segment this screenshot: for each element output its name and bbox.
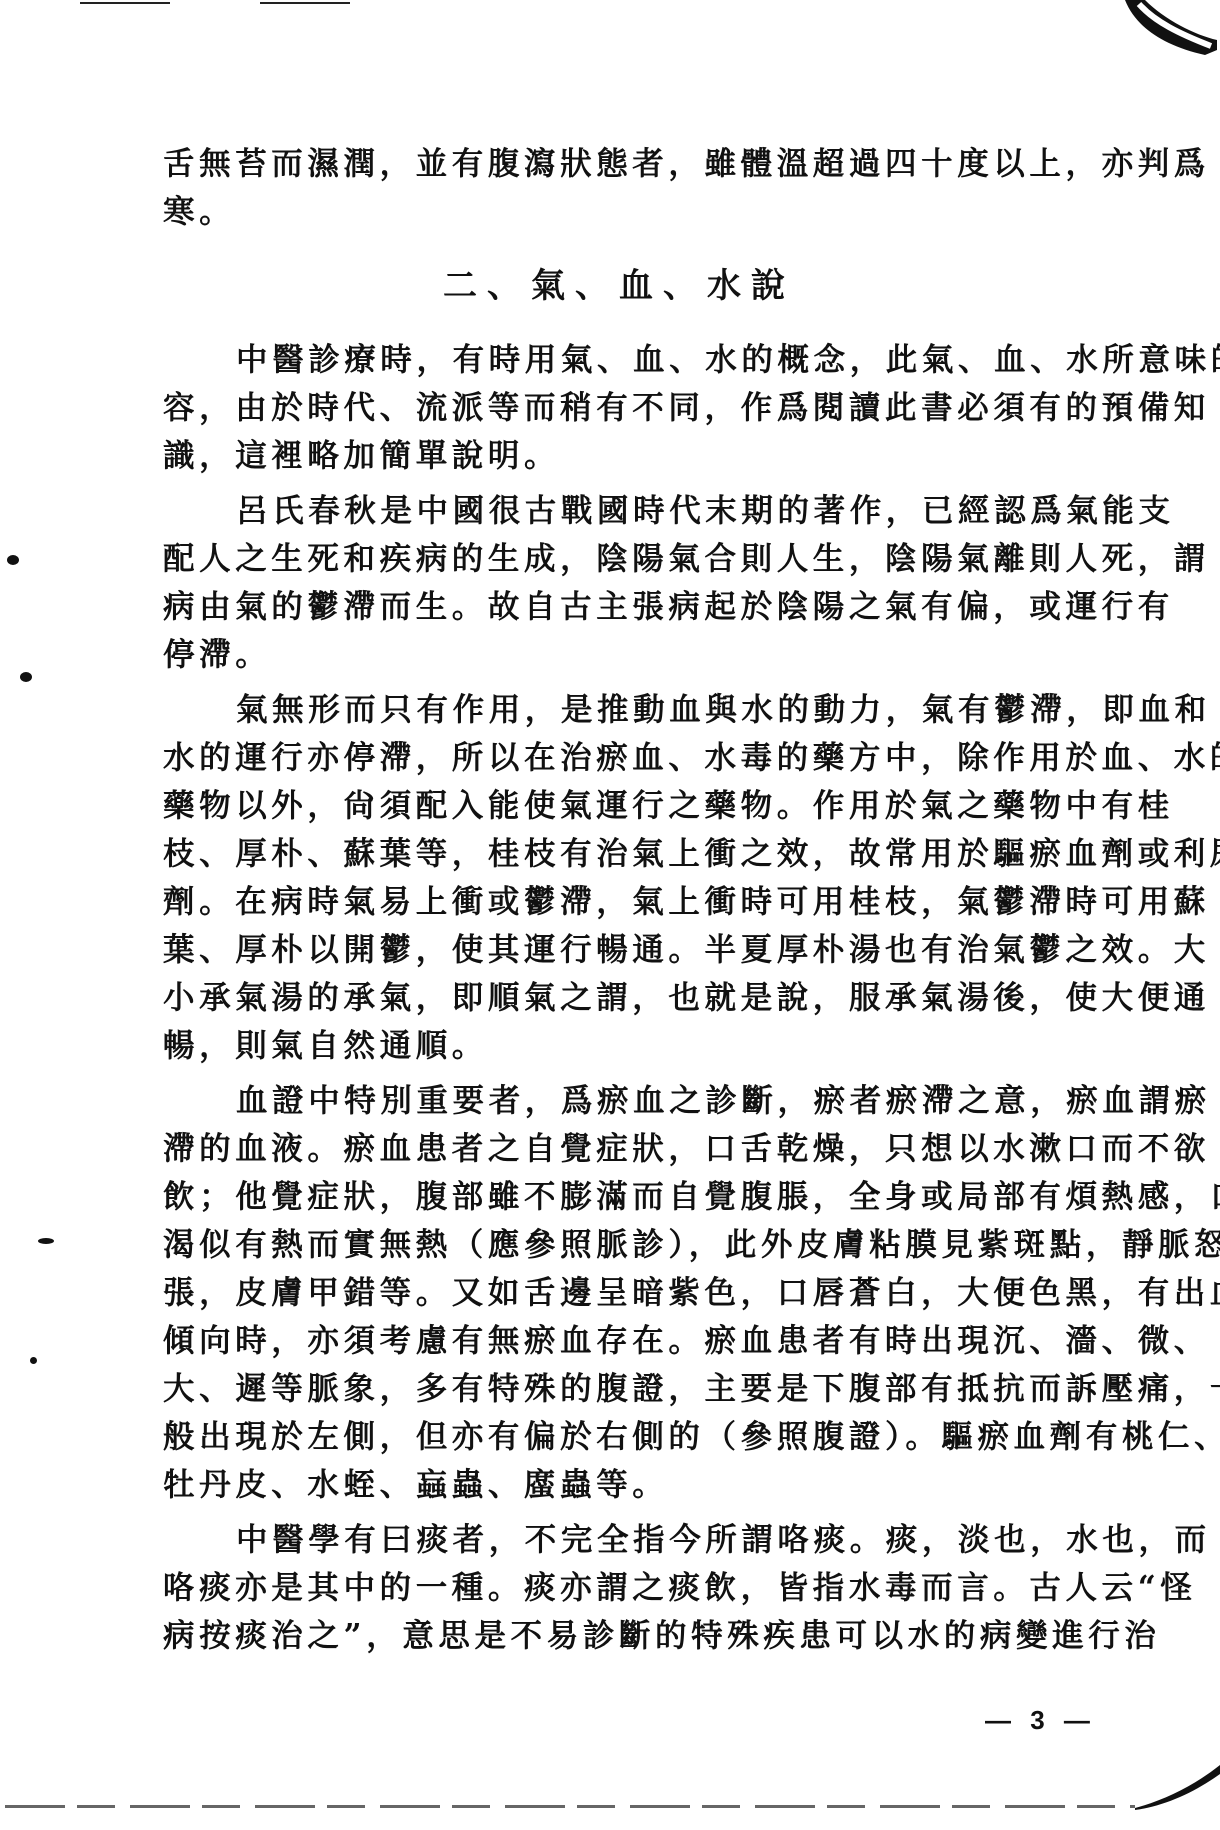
page-number: — 3 —: [985, 1705, 1096, 1736]
text-line: 識，這裡略加簡單說明。: [163, 432, 1075, 480]
margin-speck: [20, 672, 32, 682]
paragraph: 氣無形而只有作用，是推動血與水的動力，氣有鬱滯，即血和 水的運行亦停滯，所以在治…: [163, 686, 1075, 1070]
paragraph: 中醫診療時，有時用氣、血、水的概念，此氣、血、水所意味的內 容，由於時代、流派等…: [163, 336, 1075, 480]
text-line: 藥物以外，尙須配入能使氣運行之藥物。作用於氣之藥物中有桂: [163, 782, 1075, 830]
scan-corner-artifact-icon: [1135, 1760, 1220, 1810]
text-line: 葉、厚朴以開鬱，使其運行暢通。半夏厚朴湯也有治氣鬱之效。大: [163, 926, 1075, 974]
text-line: 渴似有熱而實無熱（應參照脈診），此外皮膚粘膜見紫斑點，靜脈怒: [163, 1221, 1075, 1269]
text-line: 停滯。: [163, 631, 1075, 679]
paragraph: 血證中特別重要者，爲瘀血之診斷，瘀者瘀滯之意，瘀血謂瘀 滯的血液。瘀血患者之自覺…: [163, 1077, 1075, 1509]
scan-top-rule-right: [260, 2, 350, 4]
text-line: 容，由於時代、流派等而稍有不同，作爲閱讀此書必須有的預備知: [163, 384, 1075, 432]
text-line: 張，皮膚甲錯等。又如舌邊呈暗紫色，口唇蒼白，大便色黑，有出血: [163, 1269, 1075, 1317]
margin-speck: [38, 1238, 54, 1244]
text-line: 飲；他覺症狀，腹部雖不膨滿而自覺腹脹，全身或局部有煩熱感，口: [163, 1173, 1075, 1221]
paragraph: 中醫學有曰痰者，不完全指今所謂咯痰。痰，淡也，水也，而 咯痰亦是其中的一種。痰亦…: [163, 1516, 1075, 1660]
text-line: 呂氏春秋是中國很古戰國時代末期的著作，已經認爲氣能支: [163, 487, 1075, 535]
text-line: 水的運行亦停滯，所以在治瘀血、水毒的藥方中，除作用於血、水的: [163, 734, 1075, 782]
text-line: 牡丹皮、水蛭、蝱蟲、䗪蟲等。: [163, 1461, 1075, 1509]
paragraph: 呂氏春秋是中國很古戰國時代末期的著作，已經認爲氣能支 配人之生死和疾病的生成，陰…: [163, 487, 1075, 679]
text-line: 大、遲等脈象，多有特殊的腹證，主要是下腹部有抵抗而訴壓痛，一: [163, 1365, 1075, 1413]
section-heading: 二、氣、血、水說: [163, 262, 1075, 310]
margin-speck: [7, 555, 19, 565]
document-page: 舌無苔而濕潤，並有腹瀉狀態者，雖體溫超過四十度以上，亦判爲 寒。 二、氣、血、水…: [163, 140, 1075, 1660]
text-line: 枝、厚朴、蘇葉等，桂枝有治氣上衝之效，故常用於驅瘀血劑或利尿: [163, 830, 1075, 878]
text-line: 劑。在病時氣易上衝或鬱滯，氣上衝時可用桂枝，氣鬱滯時可用蘇: [163, 878, 1075, 926]
text-line: 中醫診療時，有時用氣、血、水的概念，此氣、血、水所意味的內: [163, 336, 1075, 384]
text-line: 中醫學有曰痰者，不完全指今所謂咯痰。痰，淡也，水也，而: [163, 1516, 1075, 1564]
text-line: 暢，則氣自然通順。: [163, 1022, 1075, 1070]
text-line: 氣無形而只有作用，是推動血與水的動力，氣有鬱滯，即血和: [163, 686, 1075, 734]
scan-bottom-rule: [5, 1805, 1135, 1808]
text-line: 舌無苔而濕潤，並有腹瀉狀態者，雖體溫超過四十度以上，亦判爲: [163, 140, 1075, 188]
text-line: 寒。: [163, 188, 1075, 236]
text-line: 病由氣的鬱滯而生。故自古主張病起於陰陽之氣有偏，或運行有: [163, 583, 1075, 631]
text-line: 滯的血液。瘀血患者之自覺症狀，口舌乾燥，只想以水漱口而不欲: [163, 1125, 1075, 1173]
scan-top-rule-left: [80, 2, 170, 4]
margin-speck: [30, 1357, 37, 1364]
text-line: 般出現於左側，但亦有偏於右側的（參照腹證）。驅瘀血劑有桃仁、: [163, 1413, 1075, 1461]
text-line: 血證中特別重要者，爲瘀血之診斷，瘀者瘀滯之意，瘀血謂瘀: [163, 1077, 1075, 1125]
text-line: 病按痰治之”，意思是不易診斷的特殊疾患可以水的病變進行治: [163, 1612, 1075, 1660]
text-line: 小承氣湯的承氣，即順氣之謂，也就是說，服承氣湯後，使大便通: [163, 974, 1075, 1022]
text-line: 傾向時，亦須考慮有無瘀血存在。瘀血患者有時出現沉、濇、微、: [163, 1317, 1075, 1365]
scan-corner-artifact-icon: [1125, 0, 1220, 70]
text-line: 配人之生死和疾病的生成，陰陽氣合則人生，陰陽氣離則人死，謂: [163, 535, 1075, 583]
continuation-text: 舌無苔而濕潤，並有腹瀉狀態者，雖體溫超過四十度以上，亦判爲 寒。: [163, 140, 1075, 236]
text-line: 咯痰亦是其中的一種。痰亦謂之痰飲，皆指水毒而言。古人云“怪: [163, 1564, 1075, 1612]
